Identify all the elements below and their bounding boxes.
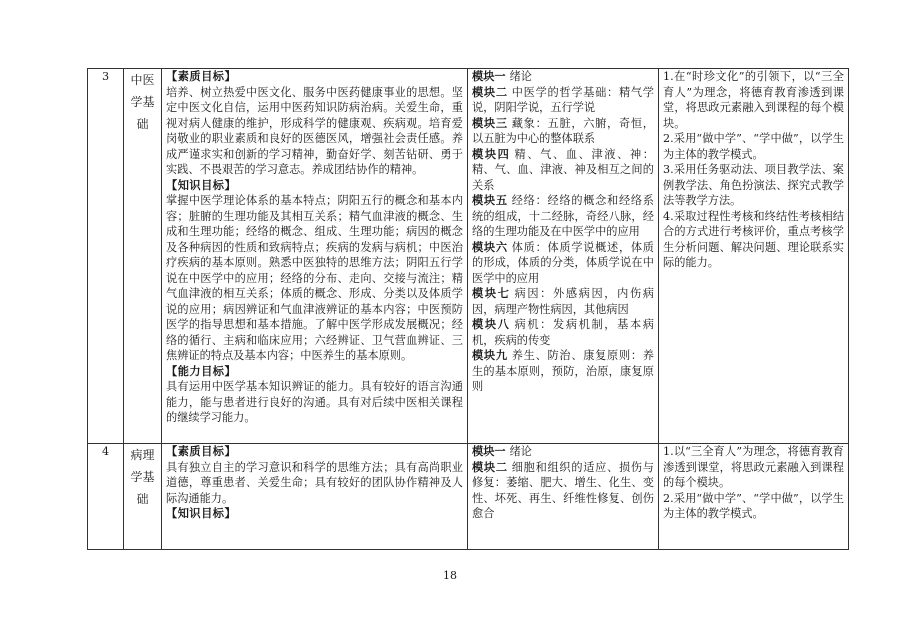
teaching-requirements-cell: 1.以“三全育人”为理念，将德育教育渗透到课堂，将思政元素融入到课程的每个模块。…: [659, 444, 849, 550]
module-label: 模块三: [472, 116, 508, 130]
module-label: 模块五: [472, 193, 508, 207]
module-item: 模块四精、气、血、津液、神：精、气、血、津液、神及相互之间的关系: [472, 147, 654, 194]
requirement-item: 4.采取过程性考核和终结性考核相结合的方式进行考核评价，重点考核学生分析问题、解…: [663, 209, 844, 271]
table-row: 4 病理学基础 【素质目标】 具有独立自主的学习意识和科学的思维方法；具有高尚职…: [88, 444, 849, 550]
document-page: 3 中医学基础 【素质目标】 培养、树立热爱中医文化、服务中医药健康事业的思想。…: [0, 0, 900, 636]
module-item: 模块九养生、防治、康复原则：养生的基本原则，预防，治原，康复原则: [472, 348, 654, 395]
module-label: 模块六: [472, 240, 508, 254]
table-row: 3 中医学基础 【素质目标】 培养、树立热爱中医文化、服务中医药健康事业的思想。…: [88, 69, 849, 444]
module-item: 模块二中医学的哲学基础：精气学说，阴阳学说，五行学说: [472, 85, 654, 116]
row-index: 3: [88, 69, 124, 444]
goal-text-knowledge: 掌握中医学理论体系的基本特点；阴阳五行的概念和基本内容；脏腑的生理功能及其相互关…: [166, 193, 463, 364]
module-item: 模块一绪论: [472, 444, 654, 460]
page-number: 18: [438, 569, 462, 582]
requirement-item: 1.在“时珍文化”的引领下，以“三全育人”为理念，将德育教育渗透到课堂，将思政元…: [663, 69, 844, 131]
goal-header-quality: 【素质目标】: [166, 69, 463, 85]
course-name: 中医学基础: [130, 69, 156, 135]
requirement-item: 2.采用“做中学”、“学中做”，以学生为主体的教学模式。: [663, 491, 844, 522]
module-label: 模块一: [472, 69, 506, 83]
module-label: 模块二: [472, 460, 508, 474]
module-label: 模块四: [472, 147, 511, 161]
goal-text-quality: 具有独立自主的学习意识和科学的思维方法；具有高尚职业道德，尊重患者、关爱生命；具…: [166, 460, 463, 507]
modules-cell: 模块一绪论 模块二细胞和组织的适应、损伤与修复：萎缩、肥大、增生、化生、变性、坏…: [468, 444, 659, 550]
module-item: 模块一绪论: [472, 69, 654, 85]
module-label: 模块七: [472, 286, 511, 300]
course-name-cell: 中医学基础: [124, 69, 162, 444]
requirement-item: 2.采用“做中学”、“学中做”，以学生为主体的教学模式。: [663, 131, 844, 162]
course-table: 3 中医学基础 【素质目标】 培养、树立热爱中医文化、服务中医药健康事业的思想。…: [87, 68, 849, 550]
module-label: 模块九: [472, 348, 508, 362]
module-label: 模块二: [472, 85, 508, 99]
goal-text-quality: 培养、树立热爱中医文化、服务中医药健康事业的思想。坚定中医文化自信，运用中医药知…: [166, 85, 463, 178]
module-label: 模块一: [472, 444, 506, 458]
teaching-requirements-cell: 1.在“时珍文化”的引领下，以“三全育人”为理念，将德育教育渗透到课堂，将思政元…: [659, 69, 849, 444]
module-item: 模块五经络：经络的概念和经络系统的组成，十二经脉，奇经八脉，经络的生理功能及在中…: [472, 193, 654, 240]
modules-cell: 模块一绪论 模块二中医学的哲学基础：精气学说，阴阳学说，五行学说 模块三藏象：五…: [468, 69, 659, 444]
requirement-item: 3.采用任务驱动法、项目教学法、案例教学法、角色扮演法、探究式教学法等教学方法。: [663, 162, 844, 209]
module-label: 模块八: [472, 317, 511, 331]
goals-cell: 【素质目标】 培养、树立热爱中医文化、服务中医药健康事业的思想。坚定中医文化自信…: [162, 69, 468, 444]
goal-header-knowledge: 【知识目标】: [166, 506, 463, 522]
goal-header-ability: 【能力目标】: [166, 364, 463, 380]
goals-cell: 【素质目标】 具有独立自主的学习意识和科学的思维方法；具有高尚职业道德，尊重患者…: [162, 444, 468, 550]
goal-header-quality: 【素质目标】: [166, 444, 463, 460]
module-item: 模块六体质：体质学说概述，体质的形成，体质的分类，体质学说在中医学中的应用: [472, 240, 654, 287]
module-item: 模块二细胞和组织的适应、损伤与修复：萎缩、肥大、增生、化生、变性、坏死、再生、纤…: [472, 460, 654, 522]
row-index: 4: [88, 444, 124, 550]
requirement-item: 1.以“三全育人”为理念，将德育教育渗透到课堂，将思政元素融入到课程的每个模块。: [663, 444, 844, 491]
course-name: 病理学基础: [130, 444, 156, 510]
module-text: 绪论: [510, 70, 532, 83]
module-item: 模块八病机：发病机制，基本病机，疾病的传变: [472, 317, 654, 348]
course-name-cell: 病理学基础: [124, 444, 162, 550]
module-text: 绪论: [510, 445, 532, 458]
module-item: 模块七病因：外感病因，内伤病因，病理产物性病因，其他病因: [472, 286, 654, 317]
goal-text-ability: 具有运用中医学基本知识辨证的能力。具有较好的语言沟通能力，能与患者进行良好的沟通…: [166, 379, 463, 426]
goal-header-knowledge: 【知识目标】: [166, 178, 463, 194]
module-item: 模块三藏象：五脏，六腑，奇恒，以五脏为中心的整体联系: [472, 116, 654, 147]
